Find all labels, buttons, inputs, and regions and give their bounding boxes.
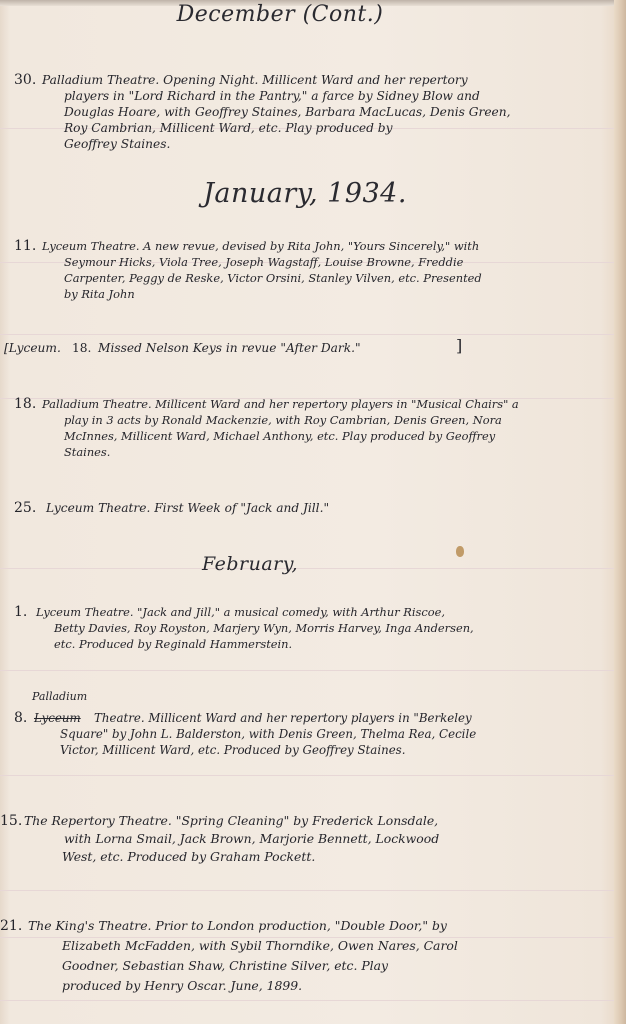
entry-day: 18. [14,396,36,412]
entry-line: The King's Theatre. Prior to London prod… [28,916,458,936]
ruled-line [0,890,614,891]
inserted-word-palladium: Palladium [32,690,87,703]
entry-line: West, etc. Produced by Graham Pockett. [24,848,439,866]
entry-line: Roy Cambrian, Millicent Ward, etc. Play … [42,120,510,136]
diary-page: December (Cont.) January, 1934. February… [0,0,626,1024]
entry-day: 25. [14,500,36,516]
bracket-prefix: [Lyceum. [4,340,61,356]
page-right-edge [614,0,626,1024]
entry-line: Missed Nelson Keys in revue "After Dark.… [98,340,361,356]
ruled-line [0,775,614,776]
entry-line: with Lorna Smail, Jack Brown, Marjorie B… [24,830,439,848]
ruled-line [0,334,614,335]
entry-line: Elizabeth McFadden, with Sybil Thorndike… [28,936,458,956]
entry-day: 11. [14,238,36,254]
heading-january-1934: January, 1934. [0,178,610,209]
entry-line: The Repertory Theatre. "Spring Cleaning"… [24,812,439,830]
heading-february: February, [0,553,500,575]
ruled-line [0,1000,614,1001]
entry-line: by Rita John [42,286,482,302]
entry-line: Palladium Theatre. Millicent Ward and he… [42,396,519,412]
entry-day: 15. [0,812,22,830]
entry-line: Douglas Hoare, with Geoffrey Staines, Ba… [42,104,510,120]
bracket-suffix: ] [456,338,462,354]
entry-line: Victor, Millicent Ward, etc. Produced by… [60,742,476,758]
entry-day: 1. [14,604,27,620]
entry-line: Square" by John L. Balderston, with Deni… [60,726,476,742]
entry-line: Staines. [42,444,519,460]
entry-line: Seymour Hicks, Viola Tree, Joseph Wagsta… [42,254,482,270]
heading-december-cont: December (Cont.) [0,2,560,27]
entry-line: Lyceum Theatre. "Jack and Jill," a music… [36,604,474,620]
entry-line: play in 3 acts by Ronald Mackenzie, with… [42,412,519,428]
entry-line: produced by Henry Oscar. June, 1899. [28,976,458,996]
ruled-line [0,670,614,671]
entry-day: 8. [14,710,27,726]
entry-line: Lyceum Theatre. A new revue, devised by … [42,238,482,254]
entry-line: Geoffrey Staines. [42,136,510,152]
entry-line: etc. Produced by Reginald Hammerstein. [36,636,474,652]
struck-word-lyceum: Lyceum [34,710,81,726]
entry-line: Goodner, Sebastian Shaw, Christine Silve… [28,956,458,976]
entry-line: Palladium Theatre. Opening Night. Millic… [42,72,510,88]
entry-line: Betty Davies, Roy Royston, Marjery Wyn, … [36,620,474,636]
entry-line: McInnes, Millicent Ward, Michael Anthony… [42,428,519,444]
entry-day: 30. [14,72,36,88]
entry-day: 21. [0,916,22,936]
entry-line: Theatre. Millicent Ward and her repertor… [94,710,472,726]
entry-line: Carpenter, Peggy de Reske, Victor Orsini… [42,270,482,286]
entry-day: 18. [72,340,91,356]
entry-line: Lyceum Theatre. First Week of "Jack and … [46,500,329,516]
entry-line: players in "Lord Richard in the Pantry,"… [42,88,510,104]
